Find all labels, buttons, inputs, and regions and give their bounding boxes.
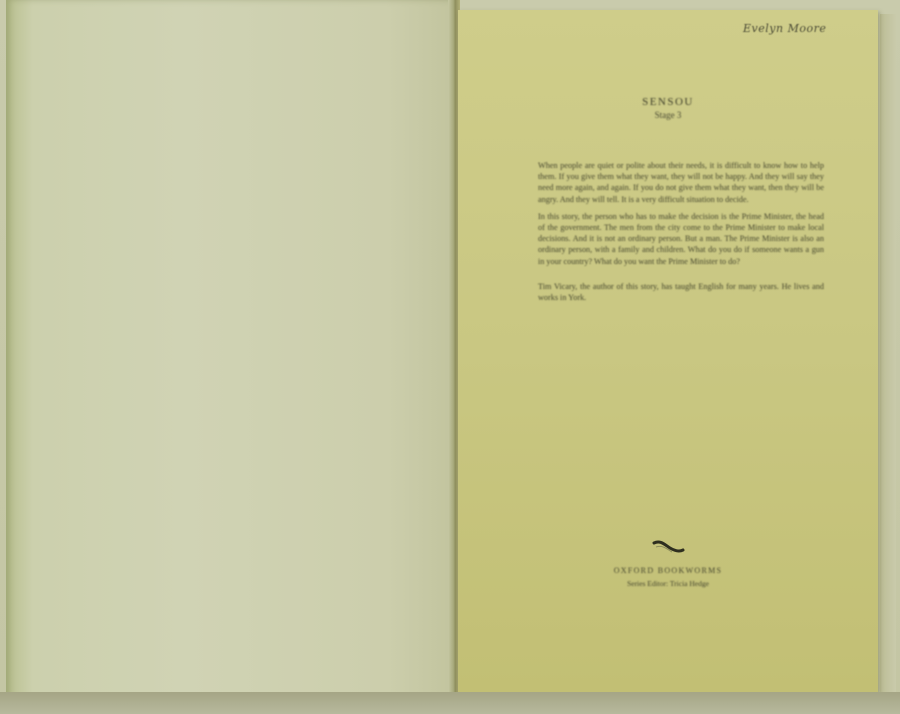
page-edge bbox=[880, 14, 896, 704]
publisher-block: OXFORD BOOKWORMS Series Editor: Tricia H… bbox=[458, 566, 878, 588]
author-note: Tim Vicary, the author of this story, ha… bbox=[538, 281, 824, 303]
right-page: Evelyn Moore SENSOU Stage 3 When people … bbox=[458, 10, 878, 692]
series-editor: Series Editor: Tricia Hedge bbox=[458, 579, 878, 588]
paragraph: In this story, the person who has to mak… bbox=[538, 211, 824, 267]
book-title: SENSOU bbox=[458, 96, 878, 108]
oxford-bookworms-wave-icon bbox=[648, 538, 688, 558]
table-surface bbox=[0, 692, 900, 714]
publisher-name: OXFORD BOOKWORMS bbox=[458, 566, 878, 575]
handwritten-note: Evelyn Moore bbox=[743, 22, 826, 35]
left-page-blank bbox=[6, 0, 454, 703]
title-block: SENSOU Stage 3 bbox=[458, 96, 878, 120]
introduction-text: When people are quiet or polite about th… bbox=[538, 160, 824, 309]
book-stage: Stage 3 bbox=[458, 110, 878, 120]
paragraph: When people are quiet or polite about th… bbox=[538, 160, 824, 205]
